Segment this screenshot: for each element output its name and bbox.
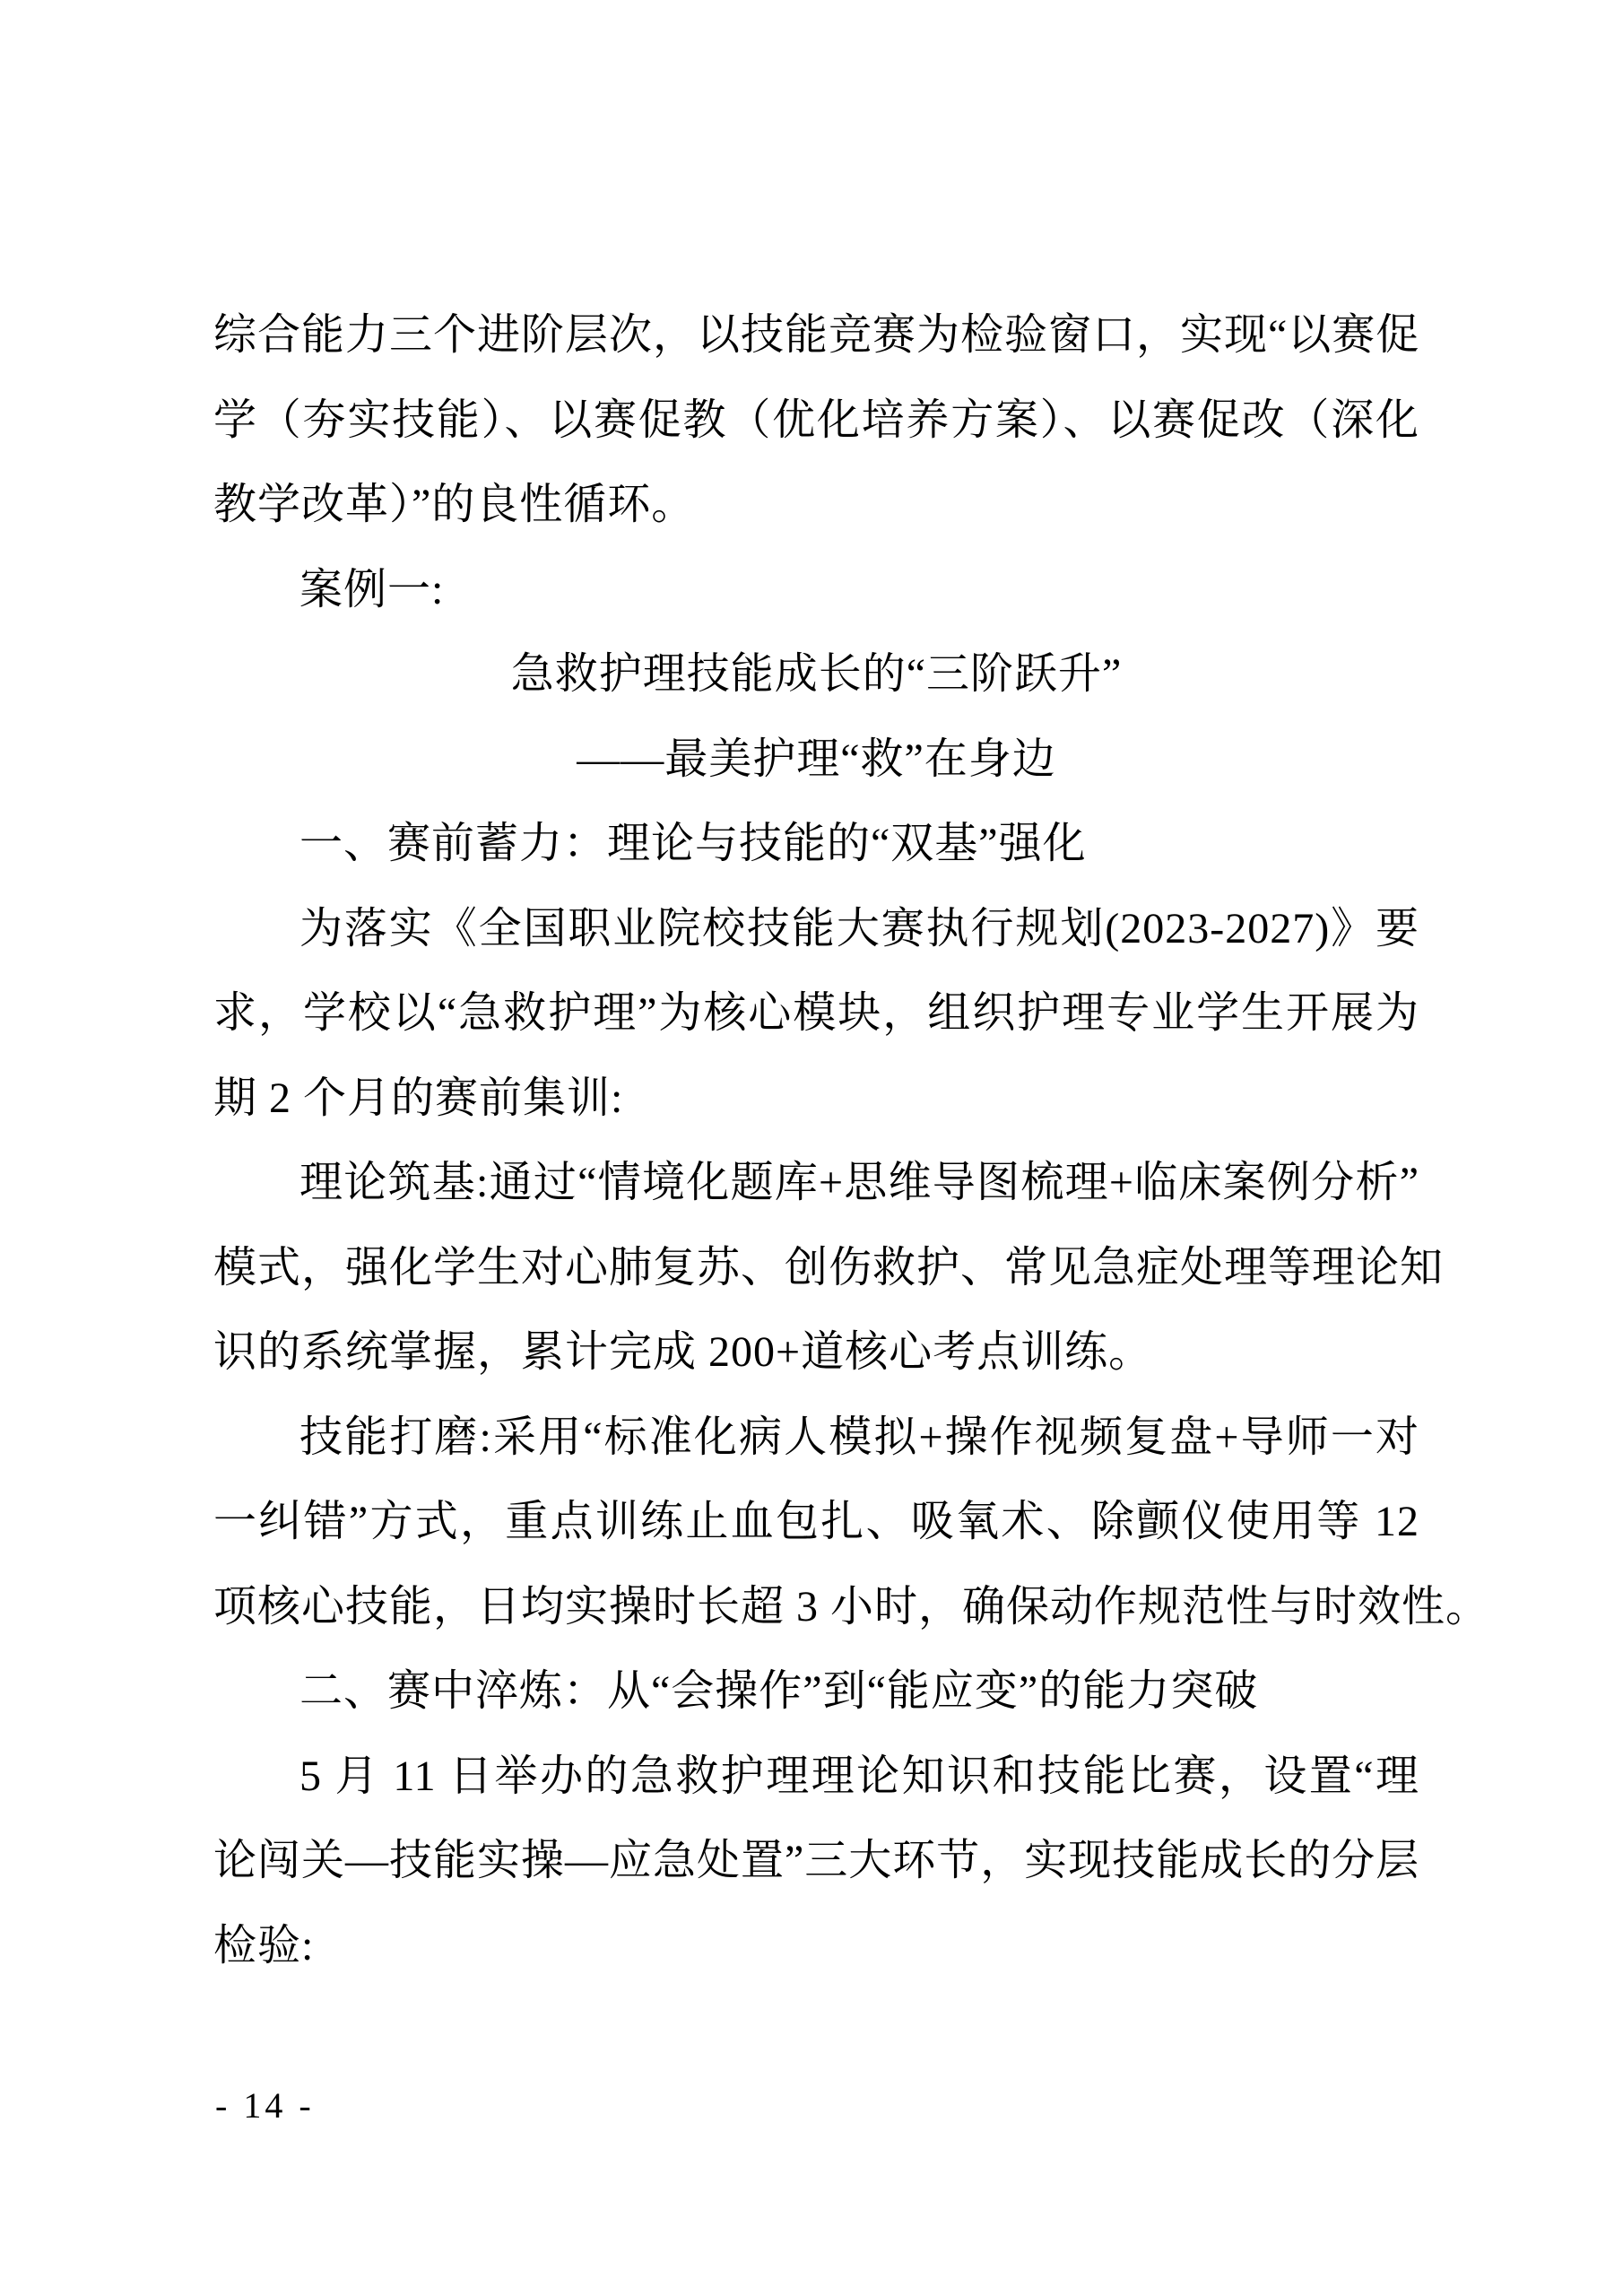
text-line: 求，学校以“急救护理”为核心模块，组织护理专业学生开展为 bbox=[213, 971, 1419, 1057]
text-line: 检验: bbox=[213, 1904, 1419, 1989]
section-heading: 一、赛前蓄力：理论与技能的“双基”强化 bbox=[213, 802, 1419, 887]
text-line: 理论筑基:通过“情境化题库+思维导图梳理+临床案例分析” bbox=[213, 1141, 1419, 1226]
case-subtitle: ——最美护理“救”在身边 bbox=[213, 717, 1419, 803]
text-line: 教学改革）”的良性循环。 bbox=[213, 463, 1419, 548]
text-line: 模式，强化学生对心肺复苏、创伤救护、常见急症处理等理论知 bbox=[213, 1226, 1419, 1311]
section-heading: 二、赛中淬炼：从“会操作”到“能应变”的能力突破 bbox=[213, 1649, 1419, 1735]
text-line: 识的系统掌握，累计完成 200+道核心考点训练。 bbox=[213, 1310, 1419, 1396]
text-line: 学（夯实技能）、以赛促教（优化培养方案）、以赛促改（深化 bbox=[213, 378, 1419, 464]
case-label: 案例一: bbox=[213, 548, 1419, 633]
text-line: 一纠错”方式，重点训练止血包扎、吸氧术、除颤仪使用等 12 bbox=[213, 1480, 1419, 1565]
text-line: 为落实《全国职业院校技能大赛执行规划(2023-2027)》要 bbox=[213, 887, 1419, 972]
text-line: 期 2 个月的赛前集训: bbox=[213, 1057, 1419, 1142]
document-page: 综合能力三个进阶层次，以技能竞赛为检验窗口，实现“以赛促 学（夯实技能）、以赛促… bbox=[0, 0, 1623, 2296]
case-title: 急救护理技能成长的“三阶跃升” bbox=[213, 632, 1419, 717]
document-body: 综合能力三个进阶层次，以技能竞赛为检验窗口，实现“以赛促 学（夯实技能）、以赛促… bbox=[213, 293, 1419, 1988]
text-line: 综合能力三个进阶层次，以技能竞赛为检验窗口，实现“以赛促 bbox=[213, 293, 1419, 378]
text-line: 技能打磨:采用“标准化病人模拟+操作视频复盘+导师一对 bbox=[213, 1396, 1419, 1481]
page-number: - 14 - bbox=[215, 2086, 315, 2126]
text-line: 项核心技能，日均实操时长超 3 小时，确保动作规范性与时效性。 bbox=[213, 1565, 1419, 1650]
text-line: 论闯关—技能实操—应急处置”三大环节，实现技能成长的分层 bbox=[213, 1819, 1419, 1904]
text-line: 5 月 11 日举办的急救护理理论知识和技能比赛，设置“理 bbox=[213, 1735, 1419, 1820]
